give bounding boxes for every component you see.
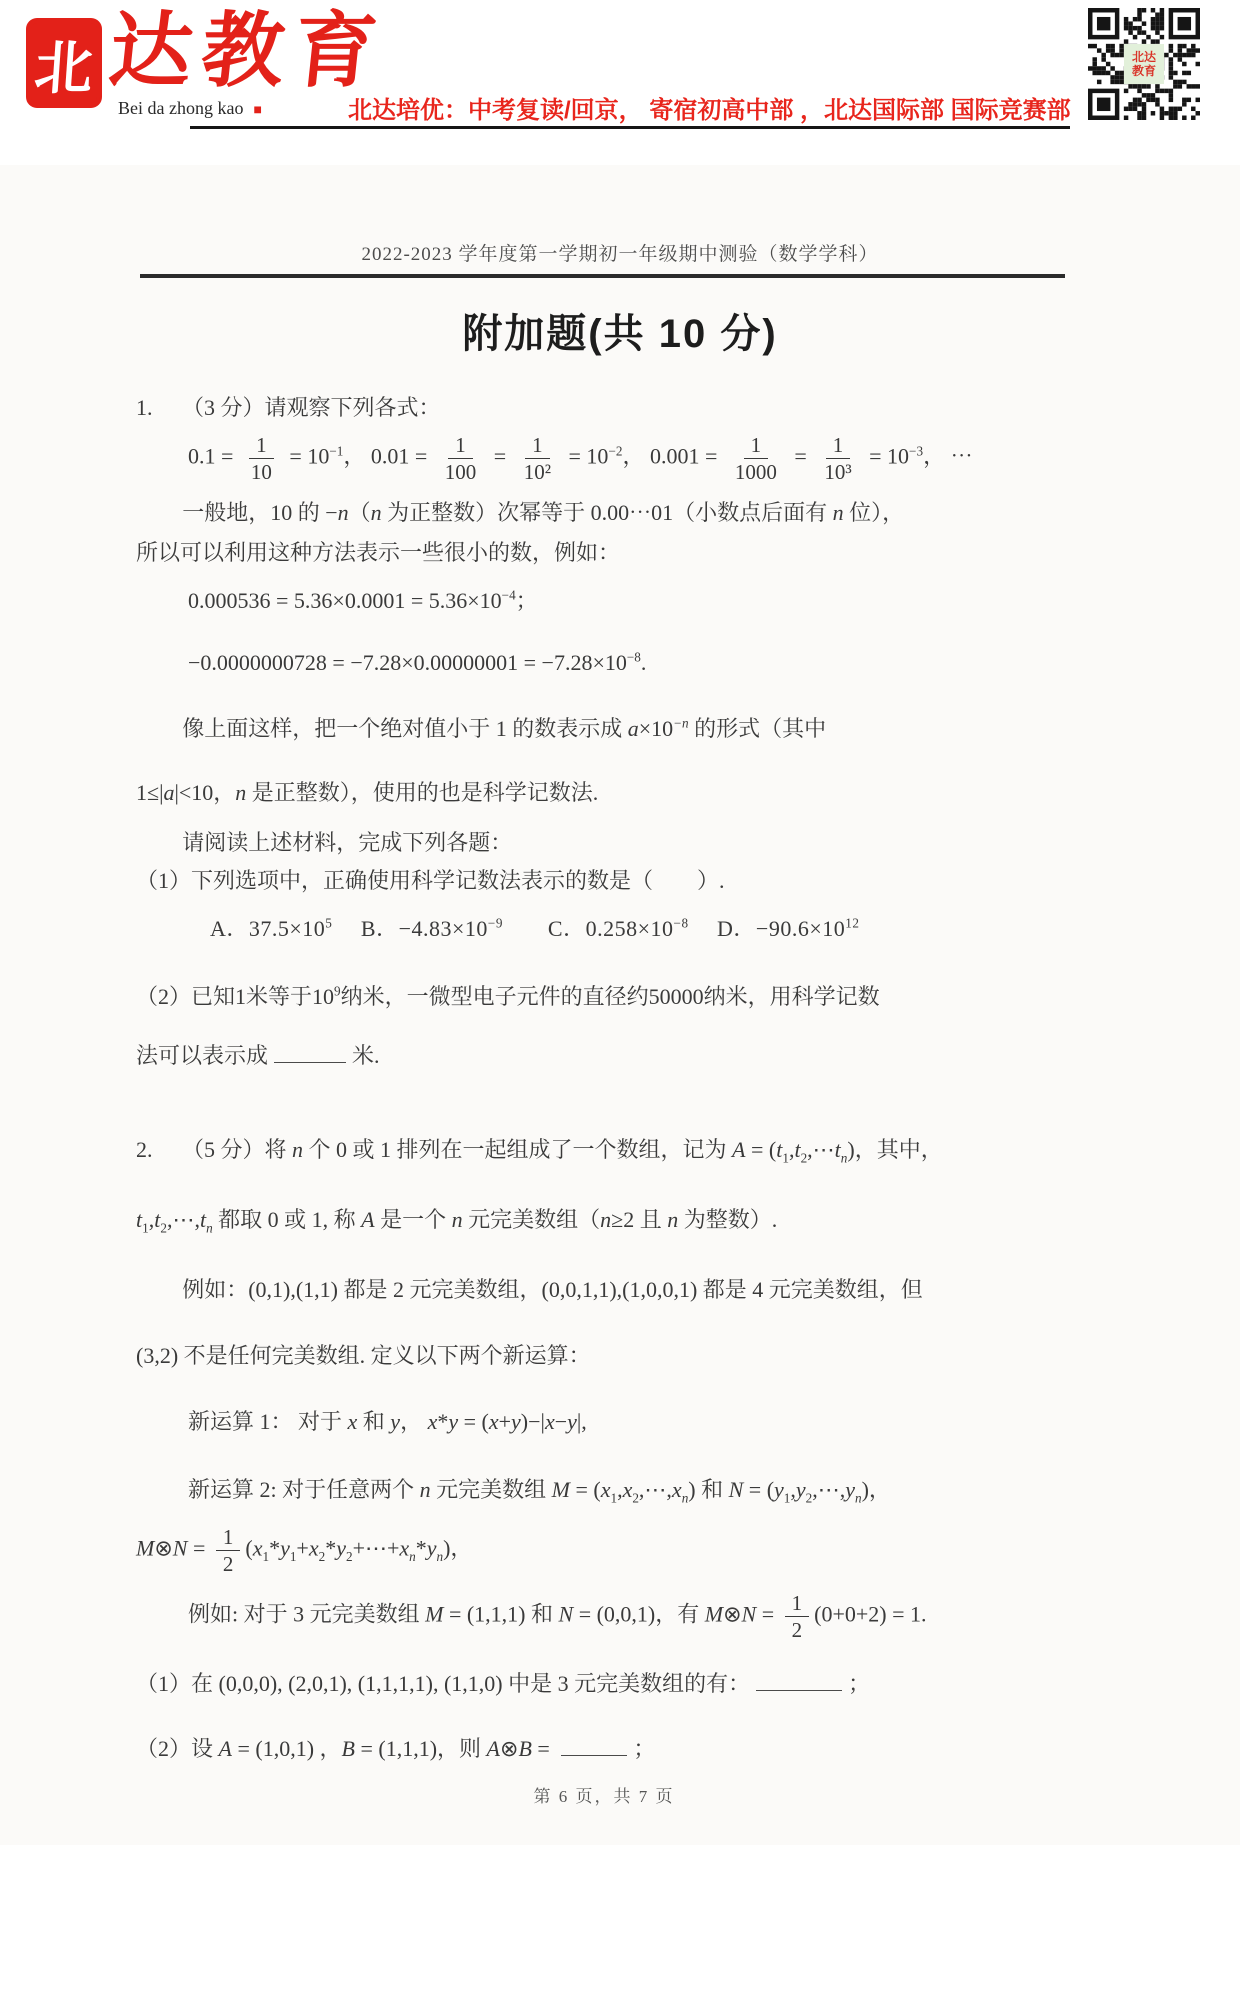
q1-scinotation-line1: 像上面这样，把一个绝对值小于 1 的数表示成 a×10−n 的形式（其中 [136,714,1072,744]
q1-example-line1: 0.000536 = 5.36×0.0001 = 5.36×10−4； [136,586,1072,616]
q1-number: 1. [136,393,182,423]
exam-header-rule [140,274,1065,278]
q1-formula-line: 0.1 = 110 = 10−1， 0.01 = 1100 = 110² = 1… [136,433,1072,484]
q2-sub2-line: （2）设 A = (1,0,1) ，B = (1,1,1)，则 A⊗B = ； [136,1733,1072,1764]
seal-character: 北 [32,21,96,105]
qr-center-label: 北达 教育 [1124,44,1164,84]
brand-header: 北 达教育 Bei da zhong kao■ 北达培优：中考复读/回京， 寄宿… [0,0,1240,165]
q2-sub1-line: （1）在 (0,0,0), (2,0,1), (1,1,1,1), (1,1,0… [136,1668,1072,1699]
q2-example-line1: 例如：(0,1),(1,1) 都是 2 元完美数组，(0,0,1,1),(1,0… [136,1275,1072,1305]
q1-part1-options: A．37.5×105 B．−4.83×10−9 C．0.258×10−8 D．−… [136,914,1072,944]
q1-example-line2: −0.0000000728 = −7.28×0.00000001 = −7.28… [136,648,1072,678]
q2-worked-example: 例如: 对于 3 元完美数组 M = (1,1,1) 和 N = (0,0,1)… [136,1591,1072,1642]
exam-sheet: 2022-2023 学年度第一学期初一年级期中测验（数学学科） 附加题(共 10… [0,165,1240,1845]
q2-number: 2. [136,1135,182,1165]
header-divider [190,126,1070,129]
q2-operation1-line: 新运算 1： 对于 x 和 y， x*y = (x+y)−|x−y|, [136,1407,1072,1437]
q1-heading: 1. （3 分）请观察下列各式： [136,393,1072,423]
q1-part2-line2: 法可以表示成米. [136,1040,1072,1071]
page-footer: 第 6 页，共 7 页 [136,1782,1072,1812]
q1-part2-line1: （2）已知1米等于109纳米，一微型电子元件的直径约50000纳米，用科学记数 [136,982,1072,1012]
brand-wordmark: 达教育 [105,2,392,102]
q1-general-line1: 一般地，10 的 −n（n 为正整数）次幂等于 0.00⋯01（小数点后面有 n… [136,498,1072,528]
section-title: 附加题(共 10 分) [0,302,1240,359]
q2-lead-text: （5 分）将 n 个 0 或 1 排列在一起组成了一个数组，记为 A = (t1… [182,1135,943,1165]
q1-read-prompt: 请阅读上述材料，完成下列各题： [136,828,1072,858]
q2-operation2-line: 新运算 2: 对于任意两个 n 元完美数组 M = (x1,x2,⋯,xn) 和… [136,1475,1072,1505]
exam-content: 1. （3 分）请观察下列各式： 0.1 = 110 = 10−1， 0.01 … [0,393,1240,1812]
brand-latin-tagline: Bei da zhong kao■ [118,98,262,119]
brand-slogan: 北达培优：中考复读/回京， 寄宿初高中部 ，北达国际部 国际竞赛部 [348,90,1068,125]
q2-heading: 2. （5 分）将 n 个 0 或 1 排列在一起组成了一个数组，记为 A = … [136,1135,1072,1165]
red-square-icon: ■ [253,103,261,118]
q1-part1-prompt: （1）下列选项中，正确使用科学记数法表示的数是（ ）. [136,866,1072,896]
qr-label-line2: 教育 [1132,64,1156,78]
q2-definition-line: t1,t2,⋯,tn 都取 0 或 1, 称 A 是一个 n 元完美数组（n≥2… [136,1205,1072,1235]
exam-header-title: 2022-2023 学年度第一学期初一年级期中测验（数学学科） [0,165,1240,266]
brand-seal-logo: 北 [28,20,100,106]
q1-general-line2: 所以可以利用这种方法表示一些很小的数，例如： [136,538,1072,568]
q1-lead-text: （3 分）请观察下列各式： [182,393,441,423]
brand-latin-text: Bei da zhong kao [118,98,243,118]
q2-example-line2: (3,2) 不是任何完美数组. 定义以下两个新运算： [136,1341,1072,1371]
q1-scinotation-line2: 1≤|a|<10，n 是正整数），使用的也是科学记数法. [136,778,1072,808]
q2-operation2-formula: M⊗N = 12(x1*y1+x2*y2+⋯+xn*yn)， [136,1525,1072,1576]
qr-label-line1: 北达 [1132,50,1156,64]
